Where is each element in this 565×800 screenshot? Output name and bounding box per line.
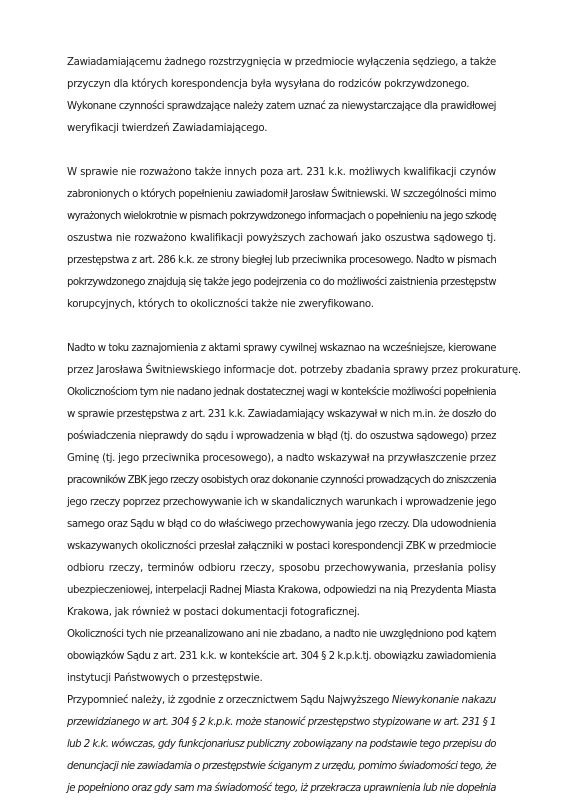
line-text: przez Jarosława Świtniewskiego informacj… [67,365,521,376]
line-text: Okoliczności tych nie przeanalizowano an… [67,629,496,640]
text-line: Przypomnieć należy, iż zgodnie z orzeczn… [67,690,496,712]
text-line: korupcyjnych, których to okoliczności ta… [67,294,496,316]
text-line: pokrzywdzonego znajdują się także jego p… [67,272,496,294]
paragraph: Nadto w toku zaznajomienia z aktami spra… [67,338,496,624]
quote-text: denuncjacji nie zawiadamia o przestępstw… [67,761,496,772]
text-line: w sprawie przestępstwa z art. 231 k.k. Z… [67,404,496,426]
text-line: Okolicznościom tym nie nadano jednak dos… [67,382,496,404]
text-line: Wykonane czynności sprawdzające należy z… [67,96,496,118]
line-text: Nadto w toku zaznajomienia z aktami spra… [67,343,496,354]
line-text: korupcyjnych, których to okoliczności ta… [67,299,374,310]
line-text: przyczyn dla których korespondencja była… [67,79,469,90]
line-text: weryfikacji twierdzeń Zawiadamiającego. [67,123,267,134]
text-line: przyczyn dla których korespondencja była… [67,74,496,96]
line-text: Krakowa, jak również w postaci dokumenta… [67,607,360,618]
line-text: Okolicznościom tym nie nadano jednak dos… [67,387,496,398]
line-text: Przypomnieć należy, iż zgodnie z orzeczn… [67,695,392,706]
text-line: Zawiadamiającemu żadnego rozstrzygnięcia… [67,52,496,74]
line-text: wyrażonych wielokrotnie w pismach pokrzy… [67,211,496,222]
text-line: wyrażonych wielokrotnie w pismach pokrzy… [67,206,496,228]
quote-text: je popełniono oraz gdy sam ma świadomość… [67,783,496,794]
line-text: wskazywanych okoliczności przesłał załąc… [67,541,496,552]
line-text: Gminę (tj. jego przeciwnika procesowego)… [67,453,496,464]
text-line: jego rzeczy poprzez przechowywanie ich w… [67,492,496,514]
quote-text: Niewykonanie nakazu [392,695,496,706]
quote-text: lub 2 k.k. wówczas, gdy funkcjonariusz p… [67,739,496,750]
text-line: Gminę (tj. jego przeciwnika procesowego)… [67,448,496,470]
line-text: zabronionych o których popełnieniu zawia… [67,189,496,200]
text-line: Nadto w toku zaznajomienia z aktami spra… [67,338,496,360]
text-line: obowiązków Sądu z art. 231 k.k. w kontek… [67,646,496,668]
paragraph: W sprawie nie rozważono także innych poz… [67,162,496,316]
line-text: poświadczenia nieprawdy do sądu i wprowa… [67,431,496,442]
text-line: wskazywanych okoliczności przesłał załąc… [67,536,496,558]
line-text: obowiązków Sądu z art. 231 k.k. w kontek… [67,651,496,662]
paragraph: Przypomnieć należy, iż zgodnie z orzeczn… [67,690,496,800]
text-line: ubezpieczeniowej, interpelacji Radnej Mi… [67,580,496,602]
paragraph: Wykonane czynności sprawdzające należy z… [67,96,496,140]
line-text: w sprawie przestępstwa z art. 231 k.k. Z… [67,409,496,420]
text-line: oszustwa nie rozważono kwalifikacji powy… [67,228,496,250]
text-line: pracowników ZBK jego rzeczy osobistych o… [67,470,496,492]
quote-text: przewidzianego w art. 304 § 2 k.p.k. moż… [67,717,496,728]
text-line: lub 2 k.k. wówczas, gdy funkcjonariusz p… [67,734,496,756]
line-text: Zawiadamiającemu żadnego rozstrzygnięcia… [67,57,496,68]
document-body: Zawiadamiającemu żadnego rozstrzygnięcia… [67,52,496,800]
text-line: Okoliczności tych nie przeanalizowano an… [67,624,496,646]
text-line: instytucji Państwowych o przestępstwie. [67,668,496,690]
paragraph: Okoliczności tych nie przeanalizowano an… [67,624,496,690]
line-text: instytucji Państwowych o przestępstwie. [67,673,262,684]
line-text: pokrzywdzonego znajdują się także jego p… [67,277,496,288]
document-page: Zawiadamiającemu żadnego rozstrzygnięcia… [67,52,496,800]
text-line: denuncjacji nie zawiadamia o przestępstw… [67,756,496,778]
text-line: poświadczenia nieprawdy do sądu i wprowa… [67,426,496,448]
line-text: jego rzeczy poprzez przechowywanie ich w… [67,497,496,508]
text-line: W sprawie nie rozważono także innych poz… [67,162,496,184]
text-line: weryfikacji twierdzeń Zawiadamiającego. [67,118,496,140]
line-text: samego oraz Sądu w błąd co do właściwego… [67,519,496,530]
text-line: odbioru rzeczy, terminów odbioru rzeczy,… [67,558,496,580]
text-line: samego oraz Sądu w błąd co do właściwego… [67,514,496,536]
text-line: przewidzianego w art. 304 § 2 k.p.k. moż… [67,712,496,734]
line-text: Wykonane czynności sprawdzające należy z… [67,101,496,112]
line-text: odbioru rzeczy, terminów odbioru rzeczy,… [67,563,496,574]
text-line: zabronionych o których popełnieniu zawia… [67,184,496,206]
line-text: W sprawie nie rozważono także innych poz… [67,167,496,178]
line-text: ubezpieczeniowej, interpelacji Radnej Mi… [67,585,496,596]
text-line: przez Jarosława Świtniewskiego informacj… [67,360,496,382]
text-line: Krakowa, jak również w postaci dokumenta… [67,602,496,624]
text-line: je popełniono oraz gdy sam ma świadomość… [67,778,496,800]
line-text: pracowników ZBK jego rzeczy osobistych o… [67,475,496,486]
paragraph: Zawiadamiającemu żadnego rozstrzygnięcia… [67,52,496,96]
line-text: przestępstwa z art. 286 k.k. ze strony b… [67,255,496,266]
text-line: przestępstwa z art. 286 k.k. ze strony b… [67,250,496,272]
line-text: oszustwa nie rozważono kwalifikacji powy… [67,233,496,244]
